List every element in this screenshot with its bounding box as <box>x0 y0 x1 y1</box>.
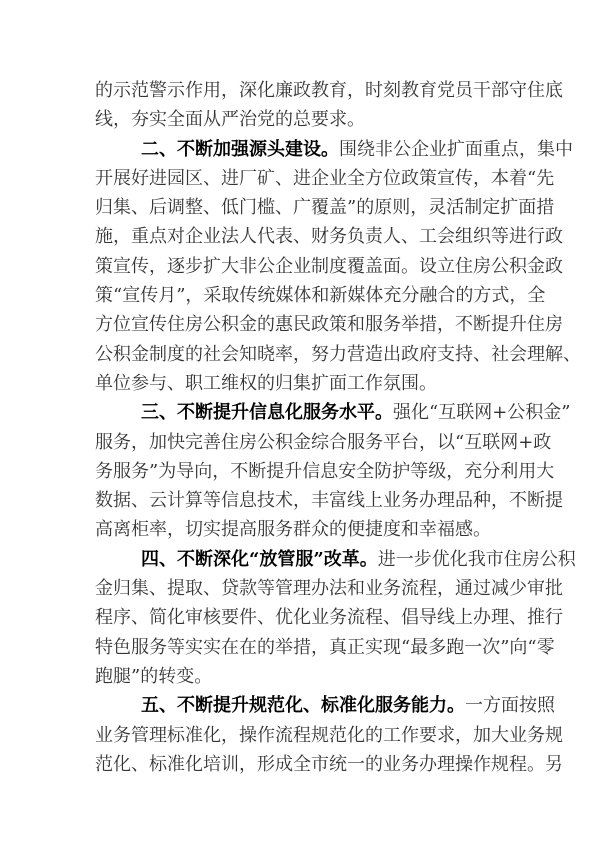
text-line: 务服务”为导向，不断提升信息安全防护等级，充分利用大 <box>95 457 517 486</box>
text-line: 金归集、提取、贷款等管理办法和业务流程，通过减少审批 <box>95 574 517 603</box>
paragraph-source-construction: 二、不断加强源头建设。围绕非公企业扩面重点，集中 开展好进园区、进厂矿、进企业全… <box>95 135 517 399</box>
text-line: 范化、标准化培训，形成全市统一的业务办理操作规程。另 <box>95 750 517 779</box>
paragraph-continuation: 的示范警示作用，深化廉政教育，时刻教育党员干部守住底 线，夯实全面从严治党的总要… <box>95 76 517 135</box>
paragraph-standardization: 五、不断提升规范化、标准化服务能力。一方面按照 业务管理标准化，操作流程规范化的… <box>95 691 517 779</box>
text-run: 一方面按照 <box>465 695 555 716</box>
text-line: 归集、后调整、低门槛、广覆盖”的原则，灵活制定扩面措 <box>95 193 517 222</box>
text-line: 高离柜率，切实提高服务群众的便捷度和幸福感。 <box>95 515 517 544</box>
text-line: 开展好进园区、进厂矿、进企业全方位政策宣传，本着“先 <box>95 164 517 193</box>
paragraph-informatization: 三、不断提升信息化服务水平。强化“互联网+公积金” 服务，加快完善住房公积金综合… <box>95 398 517 544</box>
text-line: 策“宣传月”，采取传统媒体和新媒体充分融合的方式，全 <box>95 281 517 310</box>
text-line: 四、不断深化“放管服”改革。进一步优化我市住房公积 <box>95 545 517 574</box>
text-line: 的示范警示作用，深化廉政教育，时刻教育党员干部守住底 <box>95 76 517 105</box>
text-line: 线，夯实全面从严治党的总要求。 <box>95 105 517 134</box>
text-run: 围绕非公企业扩面重点，集中 <box>339 139 573 160</box>
text-line: 跑腿”的转变。 <box>95 662 517 691</box>
text-line: 策宣传，逐步扩大非公企业制度覆盖面。设立住房公积金政 <box>95 252 517 281</box>
text-line: 三、不断提升信息化服务水平。强化“互联网+公积金” <box>95 398 517 427</box>
section-heading: 二、不断加强源头建设。 <box>141 139 339 160</box>
text-line: 程序、简化审核要件、优化业务流程、倡导线上办理、推行 <box>95 603 517 632</box>
text-line: 服务，加快完善住房公积金综合服务平台，以“互联网+政 <box>95 428 517 457</box>
text-line: 五、不断提升规范化、标准化服务能力。一方面按照 <box>95 691 517 720</box>
text-line: 数据、云计算等信息技术，丰富线上业务办理品种，不断提 <box>95 486 517 515</box>
text-line: 单位参与、职工维权的归集扩面工作氛围。 <box>95 369 517 398</box>
text-line: 施，重点对企业法人代表、财务负责人、工会组织等进行政 <box>95 222 517 251</box>
section-heading: 五、不断提升规范化、标准化服务能力。 <box>141 695 465 716</box>
section-heading: 四、不断深化“放管服”改革。 <box>141 549 378 570</box>
text-line: 特色服务等实实在在的举措，真正实现“最多跑一次”向“零 <box>95 633 517 662</box>
text-run: 进一步优化我市住房公积 <box>378 549 576 570</box>
text-run: 强化“互联网+公积金” <box>393 402 571 423</box>
paragraph-reform: 四、不断深化“放管服”改革。进一步优化我市住房公积 金归集、提取、贷款等管理办法… <box>95 545 517 691</box>
text-line: 公积金制度的社会知晓率，努力营造出政府支持、社会理解、 <box>95 340 517 369</box>
document-page: 的示范警示作用，深化廉政教育，时刻教育党员干部守住底 线，夯实全面从严治党的总要… <box>95 76 517 779</box>
text-line: 业务管理标准化，操作流程规范化的工作要求，加大业务规 <box>95 721 517 750</box>
text-line: 二、不断加强源头建设。围绕非公企业扩面重点，集中 <box>95 135 517 164</box>
text-line: 方位宣传住房公积金的惠民政策和服务举措，不断提升住房 <box>95 310 517 339</box>
section-heading: 三、不断提升信息化服务水平。 <box>141 402 393 423</box>
